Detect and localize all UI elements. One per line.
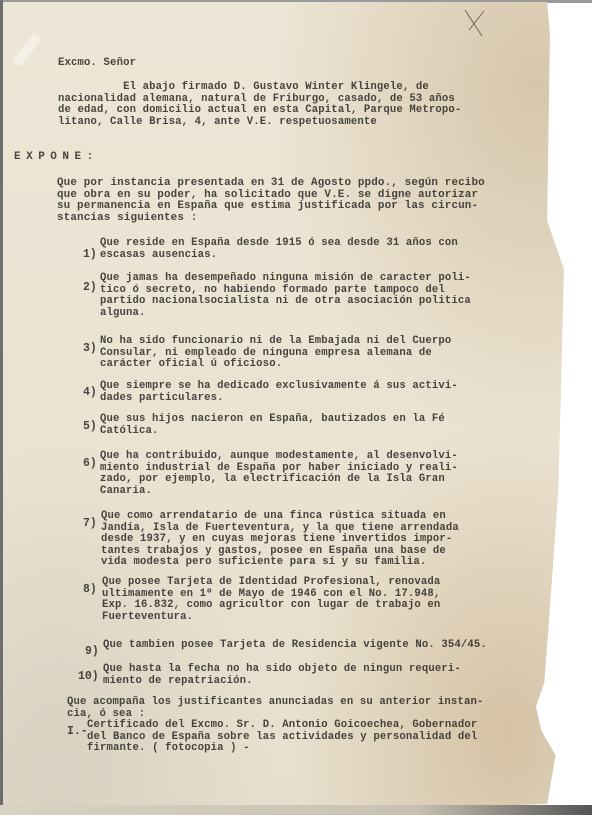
- item-number: 3): [83, 342, 97, 355]
- item-number: 9): [85, 645, 99, 658]
- attachment-number: I.-: [67, 725, 88, 738]
- item-2: Que jamas ha desempeñado ninguna misión …: [100, 273, 471, 319]
- intro-paragraph: El abajo firmado D. Gustavo Winter Kling…: [58, 82, 461, 128]
- item-number: 8): [83, 583, 97, 596]
- attachment-1: Certificado del Excmo. Sr. D. Antonio Go…: [87, 720, 477, 755]
- item-7: Que como arrendatario de una finca rústi…: [101, 511, 459, 569]
- item-4: Que siempre se ha dedicado exclusivament…: [100, 381, 458, 404]
- item-number: 5): [83, 420, 97, 433]
- item-1: Que reside en España desde 1915 ó sea de…: [100, 238, 458, 261]
- expone-heading: EXPONE:: [14, 151, 99, 163]
- item-number: 6): [83, 457, 97, 470]
- item-10: Que hasta la fecha no ha sido objeto de …: [103, 664, 461, 687]
- handwritten-x-mark-icon: [462, 8, 488, 38]
- item-number: 7): [83, 517, 97, 530]
- exposition-paragraph: Que por instancia presentada en 31 de Ag…: [57, 178, 485, 224]
- item-3: No ha sido funcionario ni de la Embajada…: [100, 336, 451, 371]
- item-9: Que tambien posee Tarjeta de Residencia …: [103, 640, 487, 652]
- item-number: 4): [83, 386, 97, 399]
- item-5: Que sus hijos nacieron en España, bautiz…: [100, 414, 445, 437]
- item-8: Que posee Tarjeta de Identidad Profesion…: [102, 577, 440, 623]
- scan-bottom-edge: [0, 805, 592, 815]
- item-number: 1): [83, 248, 97, 261]
- paper-tear: [12, 33, 42, 68]
- item-6: Que ha contribuido, aunque modestamente,…: [100, 451, 458, 497]
- scan-left-border: [0, 0, 3, 815]
- item-number: 2): [83, 281, 97, 294]
- closing-paragraph: Que acompaña los justificantes anunciada…: [67, 697, 483, 720]
- item-number: 10): [78, 670, 99, 683]
- salutation: Excmo. Señor: [58, 58, 136, 70]
